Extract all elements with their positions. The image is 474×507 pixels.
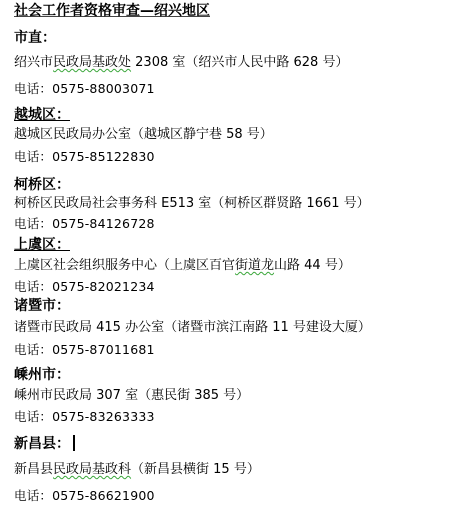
phone-label: 电话： xyxy=(14,342,52,357)
phone-label: 电话： xyxy=(14,216,52,231)
section-phone-xinchang: 电话：0575-86621900 xyxy=(14,487,155,505)
spellcheck-flagged-text[interactable]: 民政局基政科 xyxy=(53,462,131,477)
section-heading-xinchang: 新昌县： xyxy=(14,435,75,453)
section-address-yuecheng: 越城区民政局办公室（越城区静宁巷 58 号） xyxy=(14,126,273,144)
address-text: 2308 室（绍兴市人民中路 628 号） xyxy=(131,55,348,70)
phone-number: 0575-82021234 xyxy=(52,279,155,294)
address-text: 山路 44 号） xyxy=(274,258,351,273)
phone-number: 0575-86621900 xyxy=(52,488,155,503)
section-heading-keqiao: 柯桥区： xyxy=(14,176,70,194)
phone-label: 电话： xyxy=(14,149,52,164)
address-text: 新昌县 xyxy=(14,462,53,477)
phone-number: 0575-88003071 xyxy=(52,81,155,96)
section-heading-yuecheng: 越城区： xyxy=(14,106,70,124)
phone-label: 电话： xyxy=(14,409,52,424)
phone-label: 电话： xyxy=(14,279,52,294)
section-address-xinchang: 新昌县民政局基政科（新昌县横街 15 号） xyxy=(14,461,260,479)
phone-number: 0575-85122830 xyxy=(52,149,155,164)
section-heading-shengzhou: 嵊州市： xyxy=(14,366,70,384)
address-text: 绍兴市 xyxy=(14,55,53,70)
section-address-zhuji: 诸暨市民政局 415 办公室（诸暨市滨江南路 11 号建设大厦） xyxy=(14,319,371,337)
section-address-shizhi: 绍兴市民政局基政处 2308 室（绍兴市人民中路 628 号） xyxy=(14,54,348,72)
section-heading-shizhi: 市直： xyxy=(14,29,56,47)
text-cursor xyxy=(73,435,75,451)
section-address-shengzhou: 嵊州市民政局 307 室（惠民街 385 号） xyxy=(14,387,249,405)
section-phone-shizhi: 电话：0575-88003071 xyxy=(14,80,155,98)
phone-label: 电话： xyxy=(14,81,52,96)
section-phone-shengzhou: 电话：0575-83263333 xyxy=(14,408,155,426)
address-text: （新昌县横街 15 号） xyxy=(131,462,260,477)
section-address-shangyu: 上虞区社会组织服务中心（上虞区百官街道龙山路 44 号） xyxy=(14,257,351,275)
section-phone-zhuji: 电话：0575-87011681 xyxy=(14,341,155,359)
phone-number: 0575-84126728 xyxy=(52,216,155,231)
section-phone-keqiao: 电话：0575-84126728 xyxy=(14,215,155,233)
section-phone-yuecheng: 电话：0575-85122830 xyxy=(14,148,155,166)
section-heading-zhuji: 诸暨市： xyxy=(14,297,70,315)
phone-number: 0575-83263333 xyxy=(52,409,155,424)
document-title: 社会工作者资格审查—绍兴地区 xyxy=(14,2,210,20)
section-phone-shangyu: 电话：0575-82021234 xyxy=(14,278,155,296)
section-address-keqiao: 柯桥区民政局社会事务科 E513 室（柯桥区群贤路 1661 号） xyxy=(14,195,370,213)
phone-label: 电话： xyxy=(14,488,52,503)
spellcheck-flagged-text[interactable]: 街道龙 xyxy=(235,258,274,273)
heading-text: 新昌县： xyxy=(14,436,70,452)
address-text: 上虞区社会组织服务中心（上虞区百官 xyxy=(14,258,235,273)
section-heading-shangyu: 上虞区： xyxy=(14,236,70,254)
spellcheck-flagged-text[interactable]: 民政局基政处 xyxy=(53,55,131,70)
phone-number: 0575-87011681 xyxy=(52,342,155,357)
